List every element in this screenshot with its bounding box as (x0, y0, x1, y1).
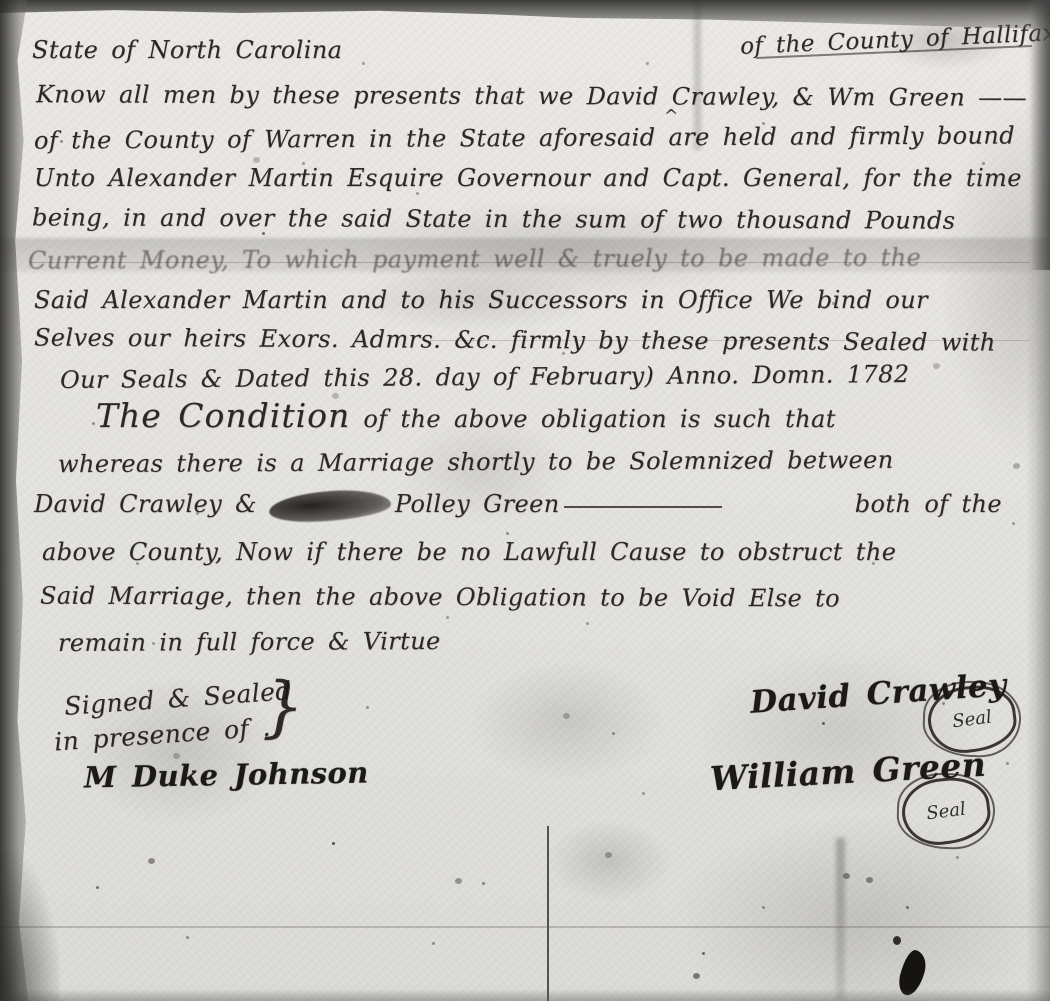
names-line: David Crawley & Polley Green both of the (34, 490, 1002, 518)
condition-line: whereas there is a Marriage shortly to b… (58, 446, 894, 478)
witness-brace: } (262, 668, 304, 745)
seal-label: Seal (951, 706, 993, 732)
body-line: Our Seals & Dated this 28. day of Februa… (60, 360, 910, 394)
body-line: being, in and over the said State in the… (32, 203, 956, 234)
witness-signature: M Duke Johnson (84, 756, 369, 795)
ink-mark-dot (893, 936, 901, 945)
groom-name-text: David Crawley & (34, 490, 257, 518)
seal-label: Seal (925, 798, 967, 824)
scan-edge-bottom (0, 989, 1050, 1001)
body-line: Current Money, To which payment well & t… (28, 243, 921, 274)
fold-line-vertical (836, 838, 845, 1001)
fold-line-horizontal (0, 926, 1050, 928)
body-line: Know all men by these presents that we D… (36, 80, 1027, 111)
scan-corner-bottom-left (0, 851, 60, 1001)
signature-rule (564, 506, 722, 508)
header-left: State of North Carolina (32, 36, 342, 64)
body-line: Said Alexander Martin and to his Success… (34, 286, 928, 314)
names-tail: both of the (855, 490, 1002, 518)
scan-edge-right-dark (1030, 0, 1050, 270)
condition-opening-rest: of the above obligation is such that (363, 405, 835, 433)
condition-line: Said Marriage, then the above Obligation… (40, 582, 840, 613)
bride-name-text: Polley Green (395, 490, 560, 518)
scanned-document: State of North Carolina of the County of… (0, 0, 1050, 1001)
body-line: Unto Alexander Martin Esquire Governour … (34, 164, 1022, 192)
seal-william-green: Seal (898, 773, 993, 849)
body-line: of the County of Warren in the State afo… (34, 121, 1015, 154)
condition-opening: The Condition of the above obligation is… (96, 396, 836, 435)
body-line: Selves our heirs Exors. Admrs. &c. firml… (34, 323, 996, 356)
condition-line: above County, Now if there be no Lawfull… (42, 538, 896, 566)
fold-line-vertical (547, 826, 549, 1001)
condition-opening-phrase: The Condition (96, 396, 350, 435)
condition-line: remain in full force & Virtue (58, 627, 441, 657)
